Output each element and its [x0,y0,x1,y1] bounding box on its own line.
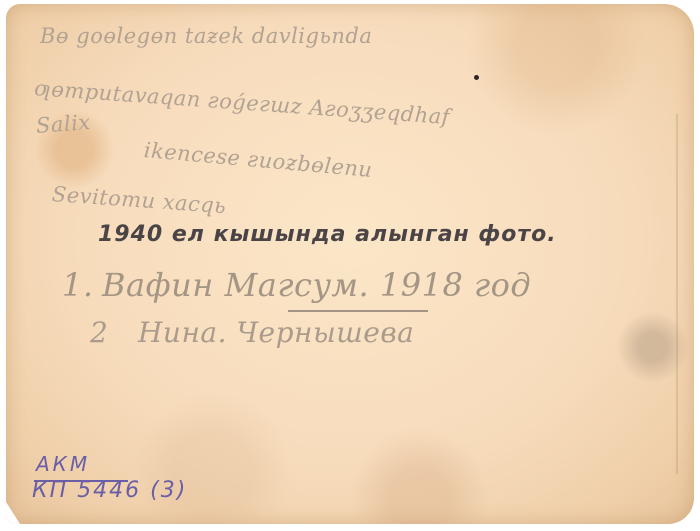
inscription-line-1: Bɵ goɵlegɵn taƶek davligьnda [40,24,372,48]
ink-dot [474,75,479,80]
person-1-entry: Вафин Магсум. 1918 год [102,266,531,304]
main-caption: 1940 ел кышында алынган фото. [98,222,557,247]
torn-corner [6,502,20,524]
inscription-line-4: ikencese ƨuoƶbɵlenu [143,138,373,182]
person-1-number: 1. [62,266,94,304]
edge-crease [676,114,678,474]
person-2-number: 2 [90,316,108,349]
inscription-line-5: Sevitomu xacqь [51,182,227,218]
photo-back-scan: Bɵ goɵlegɵn taƶek davligьnda ƣɵmputavaqa… [0,0,700,531]
archive-stamp-bottom: КП 5446 (3) [32,478,187,503]
aged-photo-card: Bɵ goɵlegɵn taƶek davligьnda ƣɵmputavaqa… [6,4,694,524]
archive-stamp-top: АКМ [36,452,90,476]
person-2-entry: Нина. Чернышева [138,316,414,349]
inscription-line-3: Saliх [35,110,91,138]
inscription-line-2: ƣɵmputavaqan ƨoǵeгшz Aƨoʒʒeqdhaf [33,76,451,129]
name-underline [288,310,428,312]
